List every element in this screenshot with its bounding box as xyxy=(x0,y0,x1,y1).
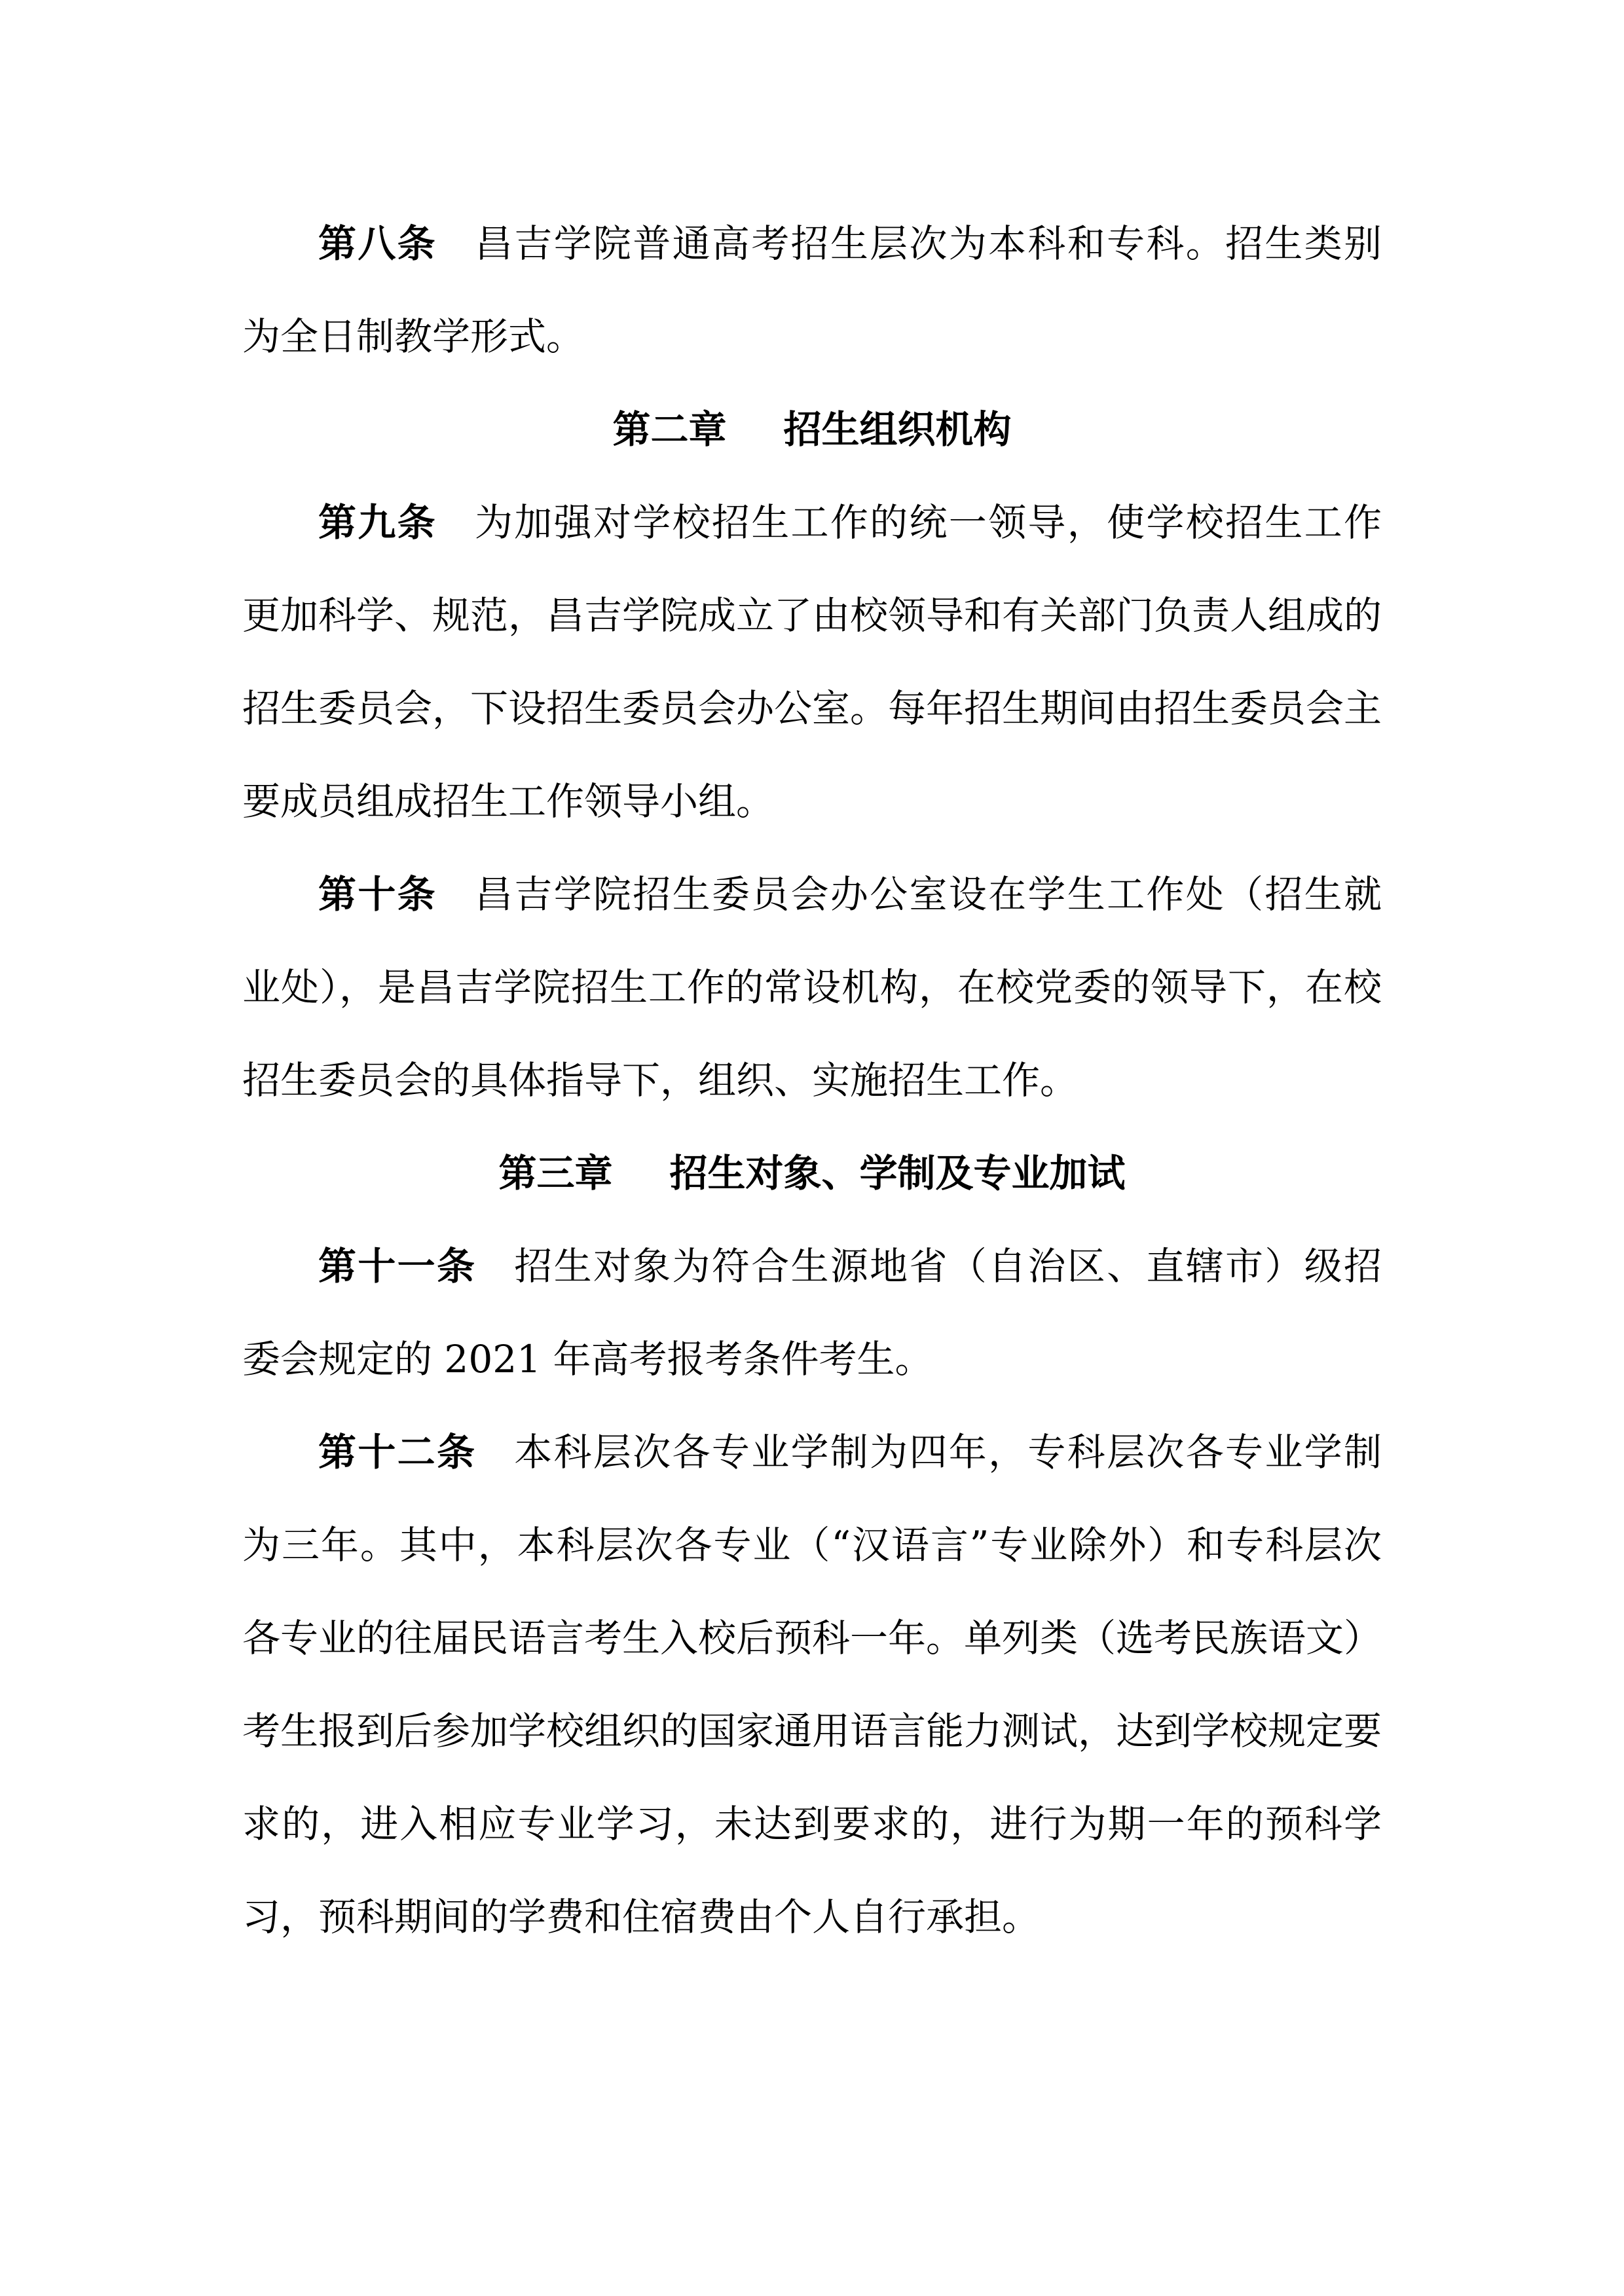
document-page: 第八条昌吉学院普通高考招生层次为本科和专科。招生类别为全日制教学形式。 第二章招… xyxy=(0,0,1624,2296)
article-label-12: 第十二条 xyxy=(318,1430,476,1474)
article-paragraph-12: 第十二条本科层次各专业学制为四年，专科层次各专业学制为三年。其中，本科层次各专业… xyxy=(242,1406,1382,1963)
chapter-heading-2: 第二章招生组织机构 xyxy=(242,383,1382,476)
article-paragraph-11: 第十一条招生对象为符合生源地省（自治区、直辖市）级招委会规定的 2021 年高考… xyxy=(242,1220,1382,1406)
article-paragraph-8: 第八条昌吉学院普通高考招生层次为本科和专科。招生类别为全日制教学形式。 xyxy=(242,197,1382,383)
chapter-label-2: 第二章 xyxy=(612,407,726,452)
chapter-label-3: 第三章 xyxy=(498,1151,612,1195)
chapter-title-2: 招生组织机构 xyxy=(784,407,1012,452)
article-paragraph-9: 第九条为加强对学校招生工作的统一领导，使学校招生工作更加科学、规范，昌吉学院成立… xyxy=(242,476,1382,848)
chapter-heading-3: 第三章招生对象、学制及专业加试 xyxy=(242,1127,1382,1220)
article-label-9: 第九条 xyxy=(318,500,437,545)
article-text-12: 本科层次各专业学制为四年，专科层次各专业学制为三年。其中，本科层次各专业（“汉语… xyxy=(242,1430,1382,1939)
chapter-title-3: 招生对象、学制及专业加试 xyxy=(670,1151,1126,1195)
article-paragraph-10: 第十条昌吉学院招生委员会办公室设在学生工作处（招生就业处），是昌吉学院招生工作的… xyxy=(242,848,1382,1127)
article-label-8: 第八条 xyxy=(318,221,437,266)
article-text-9: 为加强对学校招生工作的统一领导，使学校招生工作更加科学、规范，昌吉学院成立了由校… xyxy=(242,500,1382,824)
article-label-10: 第十条 xyxy=(318,872,437,917)
article-label-11: 第十一条 xyxy=(318,1244,476,1288)
